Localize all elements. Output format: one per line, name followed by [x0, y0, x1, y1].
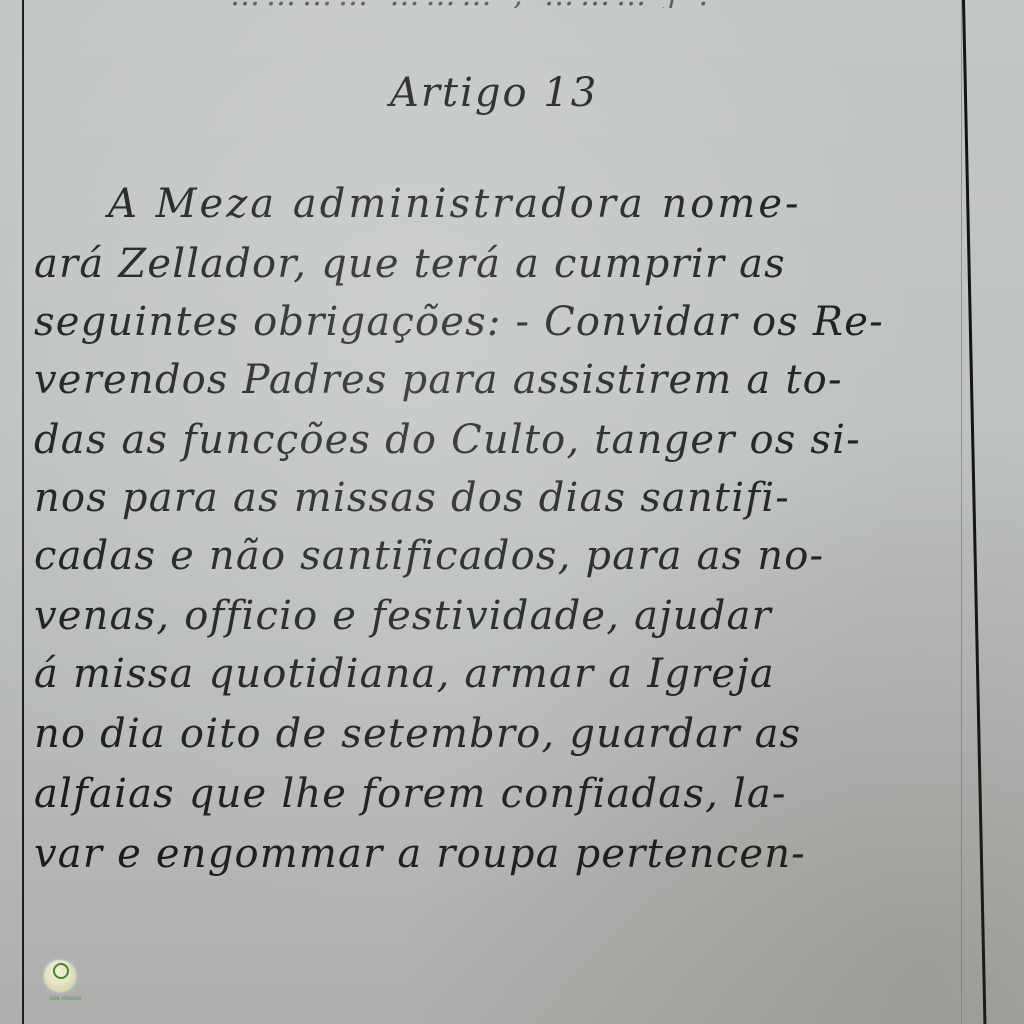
- text-line-7: cadas e não santificados, para as no-: [34, 532, 964, 580]
- watermark-caption: GEN ARQUIVO: [36, 996, 96, 1001]
- text-line-9: á missa quotidiana, armar a Igreja: [34, 650, 964, 698]
- manuscript-page: ………… ……… , ……… j . Artigo 13 A Meza admi…: [0, 0, 1024, 1024]
- text-line-4: verendos Padres para assistirem a to-: [34, 356, 964, 404]
- text-line-6: nos para as missas dos dias santifi-: [34, 474, 964, 522]
- text-line-10: no dia oito de setembro, guardar as: [34, 710, 964, 758]
- left-margin-rule: [22, 0, 24, 1024]
- watermark-logo: GEN ARQUIVO: [36, 958, 88, 1010]
- text-line-2: ará Zellador, que terá a cumprir as: [34, 240, 964, 288]
- previous-line-fragment: ………… ……… , ……… j .: [230, 0, 790, 8]
- text-line-3: seguintes obrigações: - Convidar os Re-: [34, 298, 964, 346]
- globe-logo-icon: [44, 960, 76, 992]
- text-line-5: das as funcções do Culto, tanger os si-: [34, 416, 964, 464]
- article-title: Artigo 13: [390, 70, 670, 116]
- text-line-12: var e engommar a roupa pertencen-: [34, 830, 964, 878]
- text-line-8: venas, officio e festividade, ajudar: [34, 592, 964, 640]
- text-line-1: A Meza administradora nome-: [108, 180, 1024, 228]
- text-line-11: alfaias que lhe forem confiadas, la-: [34, 770, 964, 818]
- right-margin-rule: [962, 0, 986, 1024]
